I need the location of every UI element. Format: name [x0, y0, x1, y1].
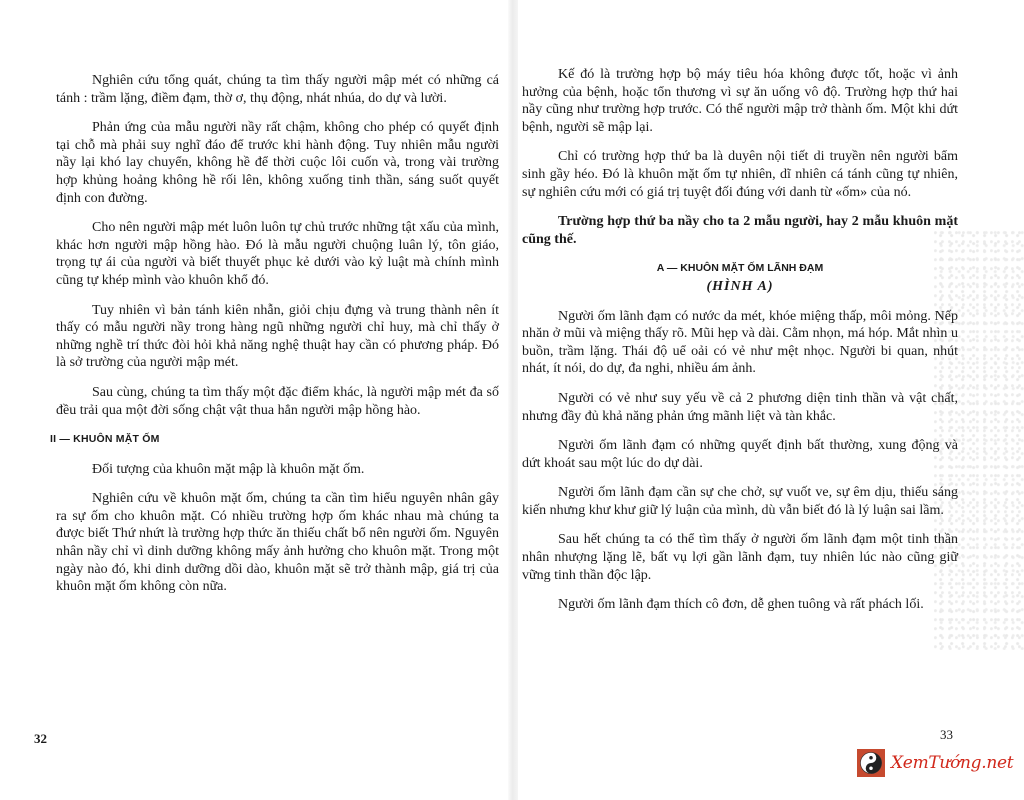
paragraph: Nghiên cứu về khuôn mặt ốm, chúng ta cần…: [56, 490, 499, 596]
paragraph: Phản ứng của mẫu người nầy rất chậm, khô…: [56, 119, 499, 207]
section-subheading: (HÌNH A): [522, 278, 958, 296]
left-page: Nghiên cứu tổng quát, chúng ta tìm thấy …: [0, 0, 512, 800]
paragraph: Người ốm lãnh đạm có nước da mét, khóe m…: [522, 308, 958, 378]
section-heading: A — KHUÔN MẶT ỐM LÃNH ĐẠM: [522, 260, 958, 278]
yin-yang-icon: [857, 749, 885, 777]
left-page-text: Nghiên cứu tổng quát, chúng ta tìm thấy …: [56, 72, 499, 608]
page-number-left: 32: [34, 731, 47, 747]
paragraph: Cho nên người mập mét luôn luôn tự chủ t…: [56, 219, 499, 289]
paragraph: Sau cùng, chúng ta tìm thấy một đặc điểm…: [56, 384, 499, 419]
book-spread: Nghiên cứu tổng quát, chúng ta tìm thấy …: [0, 0, 1024, 800]
right-page-text: Kế đó là trường hợp bộ máy tiêu hóa khôn…: [522, 66, 958, 626]
page-number-right: 33: [940, 727, 953, 743]
paragraph: Người ốm lãnh đạm có những quyết định bấ…: [522, 437, 958, 472]
paragraph: Người ốm lãnh đạm thích cô đơn, dễ ghen …: [522, 596, 958, 614]
watermark-text: XemTướng.net: [891, 753, 1013, 773]
paragraph: Tuy nhiên vì bản tánh kiên nhẫn, giỏi ch…: [56, 302, 499, 372]
paragraph: Chỉ có trường hợp thứ ba là duyên nội ti…: [522, 148, 958, 201]
watermark: XemTướng.net: [857, 748, 1013, 778]
paragraph: Sau hết chúng ta có thể tìm thấy ở người…: [522, 531, 958, 584]
right-page: Kế đó là trường hợp bộ máy tiêu hóa khôn…: [512, 0, 1024, 800]
paragraph: Kế đó là trường hợp bộ máy tiêu hóa khôn…: [522, 66, 958, 136]
paragraph: Người có vẻ như suy yếu về cả 2 phương d…: [522, 390, 958, 425]
paragraph: Người ốm lãnh đạm cần sự che chở, sự vuố…: [522, 484, 958, 519]
paragraph: Trường hợp thứ ba nầy cho ta 2 mẫu người…: [522, 213, 958, 248]
paragraph: Nghiên cứu tổng quát, chúng ta tìm thấy …: [56, 72, 499, 107]
section-heading: II — KHUÔN MẶT ỐM: [50, 431, 499, 449]
paragraph: Đối tượng của khuôn mặt mập là khuôn mặt…: [56, 461, 499, 479]
